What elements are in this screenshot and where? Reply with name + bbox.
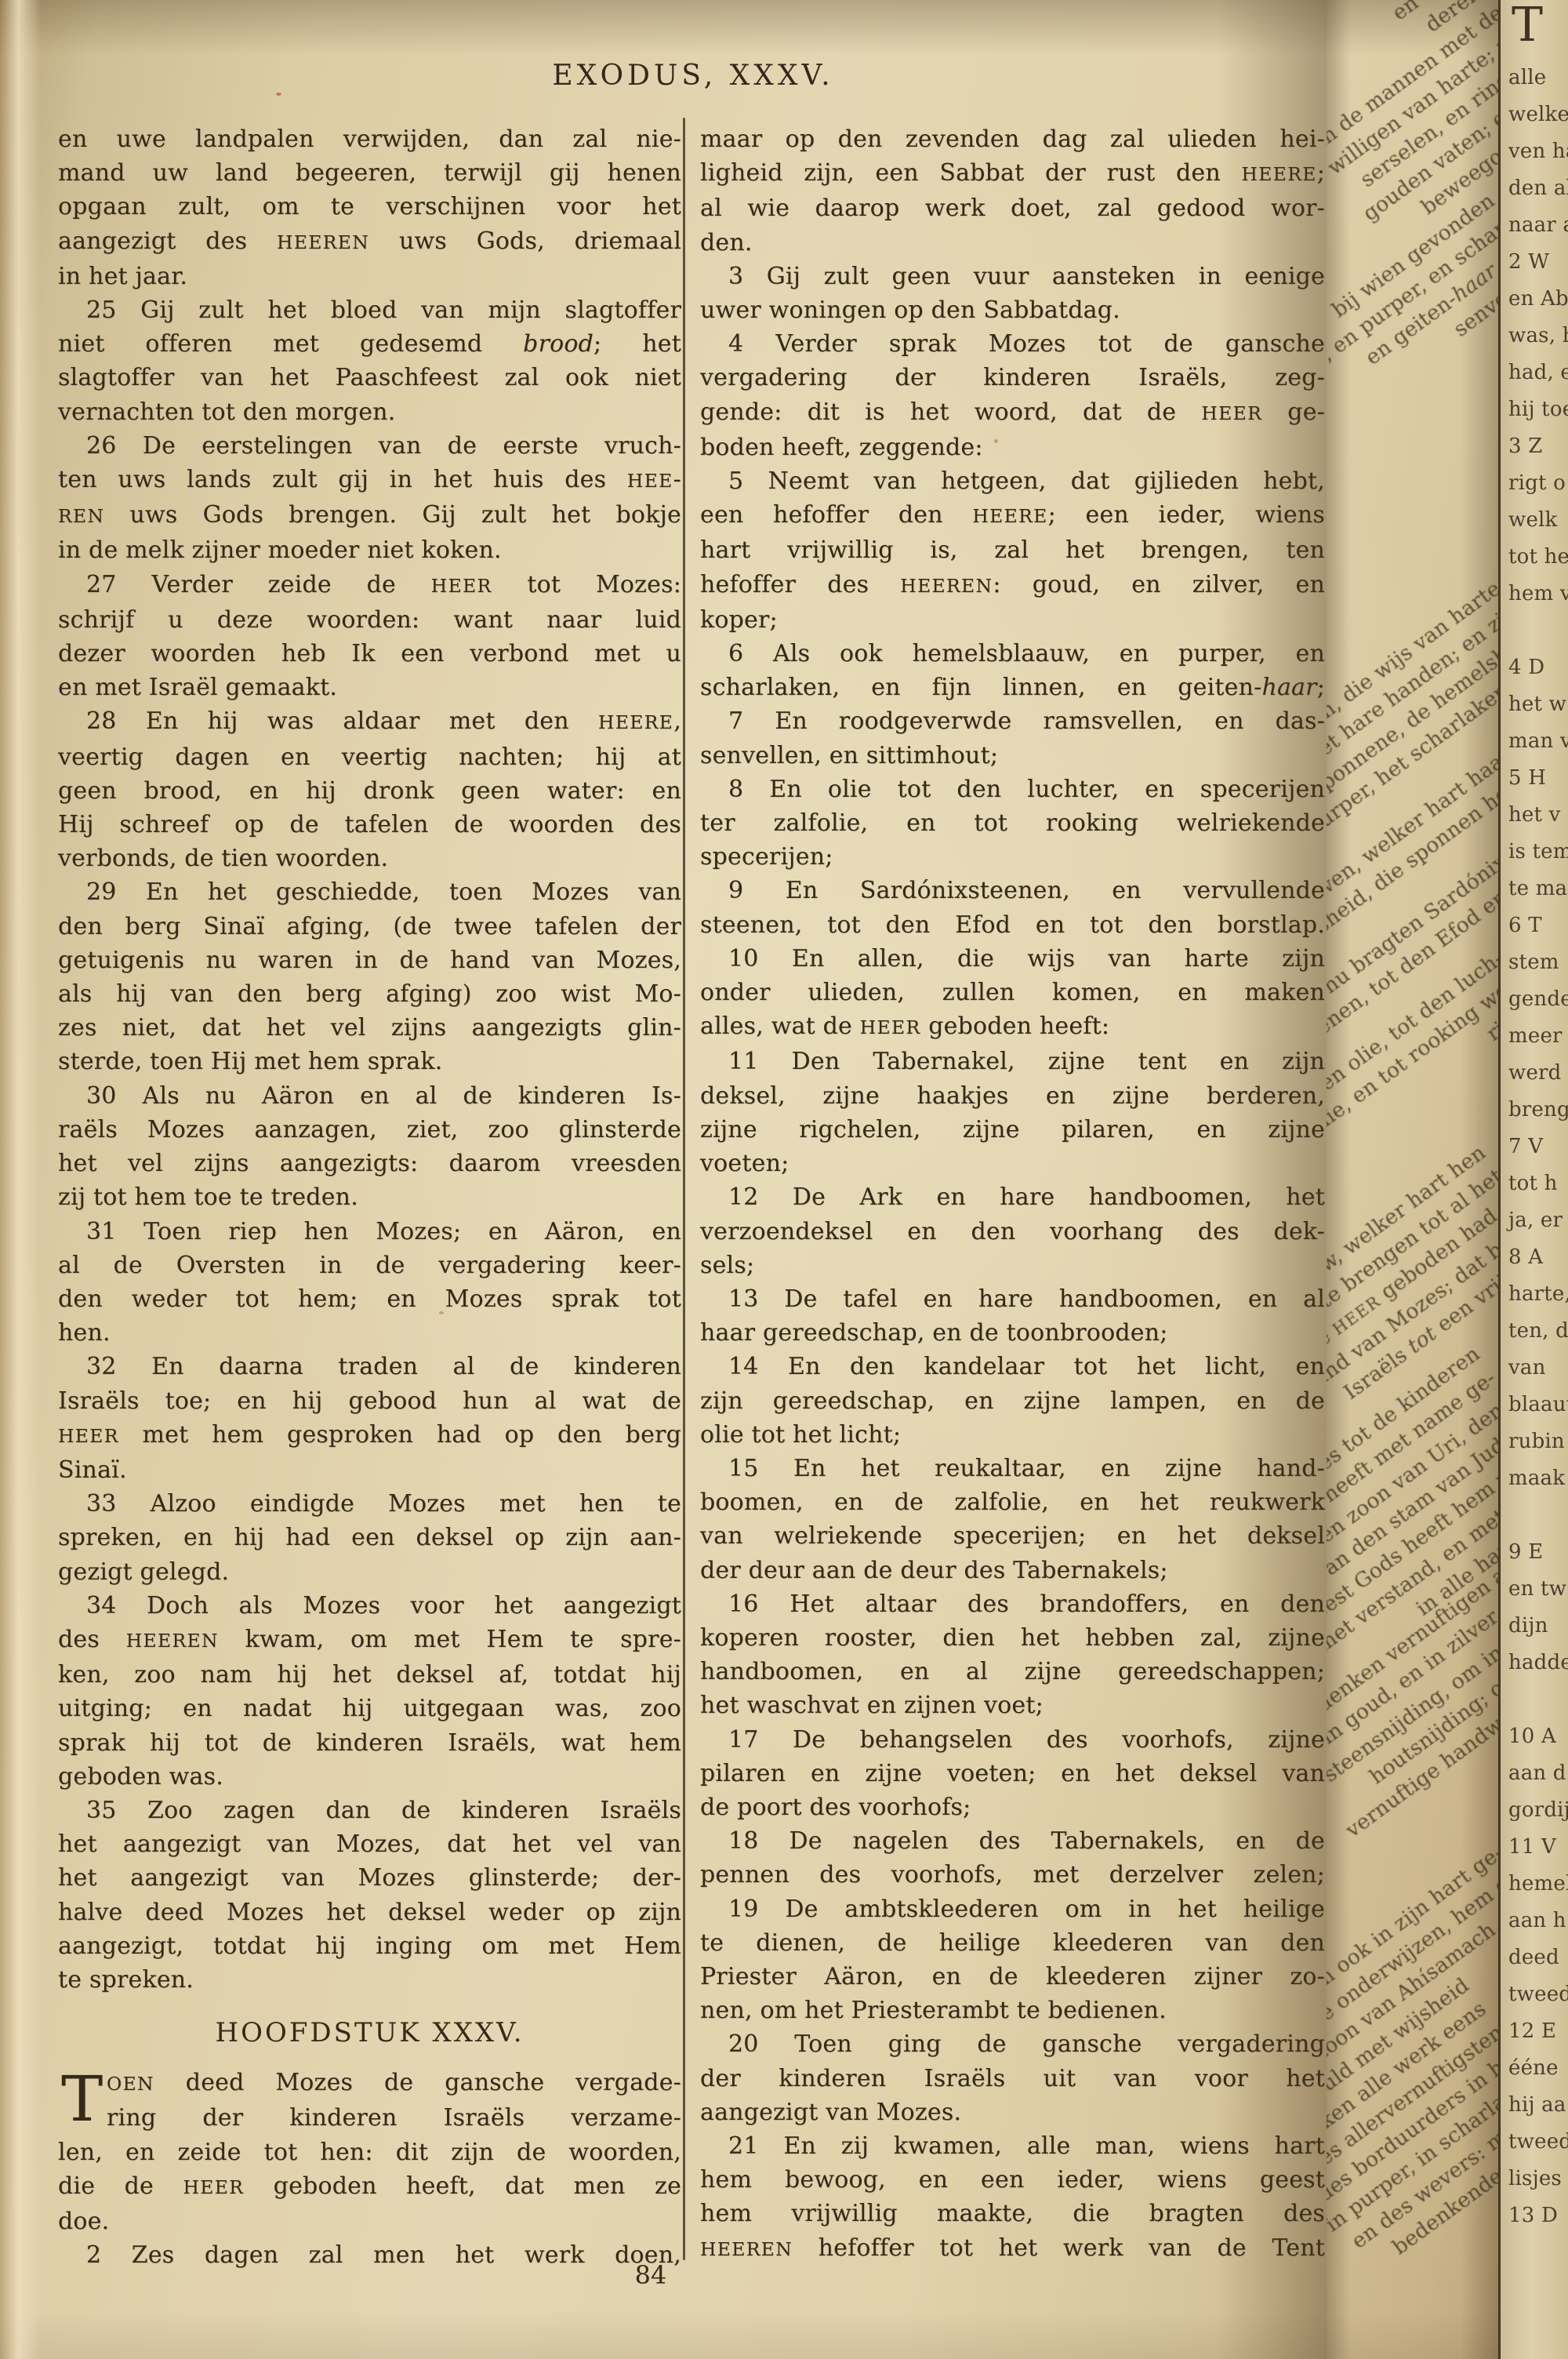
text-line: het aangezigt van Mozes, dat het vel van (58, 1827, 681, 1861)
text-line: slagtoffer van het Paaschfeest zal ook n… (58, 361, 681, 394)
text-line: zes niet, dat het vel zijns aangezigts g… (58, 1011, 681, 1045)
text-line: scharlaken, en fijn linnen, en geiten-ha… (700, 671, 1325, 704)
text-line: 4 Verder sprak Mozes tot de gansche (700, 327, 1325, 361)
text-line: deksel, zijne haakjes en zijne berderen, (700, 1079, 1325, 1113)
text-line: onder ulieden, zullen komen, en maken (700, 976, 1325, 1009)
text-line: 12 De Ark en hare handboomen, het (700, 1180, 1325, 1214)
text-line: den weder tot hem; en Mozes sprak tot (58, 1282, 681, 1316)
text-line: 32 En daarna traden al de kinderen (58, 1350, 681, 1383)
text-line: 5 Neemt van hetgeen, dat gijlieden hebt, (700, 464, 1325, 498)
text-line: Priester Aäron, en de kleederen zijner z… (700, 1960, 1325, 1994)
text-line: geen brood, en hij dronk geen water: en (58, 774, 681, 808)
text-line: opgaan zult, om te verschijnen voor het (58, 190, 681, 224)
chapter-text: OEN deed Mozes de gansche vergade-ring d… (58, 2066, 681, 2272)
text-line: der deur aan de deur des Tabernakels; (700, 1554, 1325, 1587)
text-line: 21 En zij kwamen, alle man, wiens hart (700, 2129, 1325, 2163)
text-line: welk (1508, 502, 1568, 539)
far-page-dropcap: T (1512, 2, 1543, 49)
text-line: 29 En het geschiedde, toen Mozes van (58, 875, 681, 909)
text-line: maar op den zevenden dag zal ulieden hei… (700, 122, 1325, 156)
text-line: en tw (1508, 1571, 1568, 1608)
text-line: tweed (1508, 1976, 1568, 2013)
text-line: 10 En allen, die wijs van harte zijn (700, 942, 1325, 976)
text-line: had, e (1508, 354, 1568, 391)
text-line: man v (1508, 723, 1568, 760)
text-line: gende (1508, 981, 1568, 1018)
text-line: boden heeft, zeggende: (700, 431, 1325, 464)
text-line: deed (1508, 1939, 1568, 1976)
text-line: 34 Doch als Mozes voor het aangezigt (58, 1589, 681, 1623)
text-line: den all (1508, 170, 1568, 207)
text-line: 8 En olie tot den luchter, en specerijen (700, 772, 1325, 806)
text-line: handboomen, en al zijne gereedschappen; (700, 1655, 1325, 1688)
text-line: dezer woorden heb Ik een verbond met u (58, 637, 681, 671)
text-line: nen, om het Priesterambt te bedienen. (700, 1994, 1325, 2027)
text-line: OEN deed Mozes de gansche vergade- (58, 2066, 681, 2101)
text-line: 35 Zoo zagen dan de kinderen Israëls (58, 1794, 681, 1827)
text-line: 27 Verder zeide de HEER tot Mozes: (58, 568, 681, 603)
text-line: alles, wat de HEER geboden heeft: (700, 1009, 1325, 1045)
text-line: 28 En hij was aldaar met den HEERE, (58, 704, 681, 740)
far-page-edge-text: allewelkenven haden allnaar a2 Wen Abwas… (1508, 60, 1568, 2234)
text-line: 20 Toen ging de gansche vergadering (700, 2027, 1325, 2061)
text-line: rubin (1508, 1423, 1568, 1460)
text-line: en met Israël gemaakt. (58, 671, 681, 704)
text-line: zij tot hem toe te treden. (58, 1180, 681, 1214)
text-line: in het jaar. (58, 260, 681, 293)
far-page-edge: allewelkenven haden allnaar a2 Wen Abwas… (1498, 0, 1568, 2359)
text-line: veertig dagen en veertig nachten; hij at (58, 740, 681, 774)
text-line: in de melk zijner moeder niet koken. (58, 533, 681, 567)
text-line: ten, d (1508, 1313, 1568, 1350)
text-line: hart vrijwillig is, zal het brengen, ten (700, 533, 1325, 567)
text-line: pennen des voorhofs, met derzelver zelen… (700, 1858, 1325, 1892)
text-line: harte, (1508, 1276, 1568, 1313)
text-line: aan h (1508, 1903, 1568, 1939)
text-line: verbonds, de tien woorden. (58, 841, 681, 875)
paper-speck (276, 93, 281, 96)
page-number: 84 (0, 2260, 1301, 2290)
left-column: en uwe landpalen verwijden, dan zal nie-… (58, 122, 681, 2272)
text-line: het vel zijns aangezigts: daarom vreesde… (58, 1147, 681, 1180)
text-line: het w (1508, 686, 1568, 723)
text-line (1508, 612, 1568, 649)
text-line: is tem (1508, 834, 1568, 871)
text-line: van welriekende specerijen; en het dekse… (700, 1519, 1325, 1553)
text-line: en uwe landpalen verwijden, dan zal nie- (58, 122, 681, 156)
column-divider-rule (683, 118, 685, 2260)
text-line: tweed (1508, 2124, 1568, 2161)
text-line (1508, 1497, 1568, 1534)
text-line: Sinaï. (58, 1453, 681, 1487)
text-line: het waschvat en zijnen voet; (700, 1688, 1325, 1722)
text-line: hem v (1508, 576, 1568, 612)
text-line: 13 D (1508, 2197, 1568, 2234)
text-line: aangezigt van Mozes. (700, 2095, 1325, 2129)
text-line: den. (700, 226, 1325, 260)
text-line: zijne rigchelen, zijne pilaren, en zijne (700, 1113, 1325, 1147)
text-line: 7 En roodgeverwde ramsvellen, en das- (700, 704, 1325, 738)
right-column: maar op den zevenden dag zal ulieden hei… (700, 122, 1325, 2266)
right-column-text: maar op den zevenden dag zal ulieden hei… (700, 122, 1325, 2266)
curled-next-page: en tot alderen.dan de mannen met dewilli… (1327, 0, 1498, 2359)
text-line: schrijf u deze woorden: want naar luid (58, 603, 681, 637)
book-page-photo: EXODUS, XXXV. en uwe landpalen verwijden… (0, 0, 1568, 2359)
text-line: niet offeren met gedesemd brood; het (58, 327, 681, 361)
text-line: REN uws Gods brengen. Gij zult het bokje (58, 498, 681, 533)
text-line: spreken, en hij had een deksel op zijn a… (58, 1521, 681, 1554)
text-line: sterde, toen Hij met hem sprak. (58, 1045, 681, 1078)
text-line: 7 V (1508, 1129, 1568, 1165)
text-line: ring der kinderen Israëls verzame- (58, 2101, 681, 2135)
text-line: 3 Gij zult geen vuur aansteken in eenige (700, 260, 1325, 293)
text-line: 13 De tafel en hare handboomen, en al (700, 1282, 1325, 1316)
text-line (1508, 1681, 1568, 1718)
text-line: lisjes (1508, 2161, 1568, 2197)
text-line: vernachten tot den morgen. (58, 395, 681, 429)
text-line: en Ab (1508, 281, 1568, 318)
text-line: een hefoffer den HEERE; een ieder, wiens (700, 498, 1325, 533)
text-line: 9 E (1508, 1534, 1568, 1571)
text-line: haar gereedschap, en de toonbrooden; (700, 1316, 1325, 1350)
text-line: uwer woningen op den Sabbatdag. (700, 293, 1325, 327)
text-line: uitging; en nadat hij uitgegaan was, zoo (58, 1692, 681, 1725)
text-line: 30 Als nu Aäron en al de kinderen Is- (58, 1079, 681, 1113)
text-line: Hij schreef op de tafelen de woorden des (58, 808, 681, 841)
text-line: te spreken. (58, 1963, 681, 1997)
text-line: 5 H (1508, 760, 1568, 797)
text-line: 4 D (1508, 649, 1568, 686)
text-line: gordij (1508, 1792, 1568, 1829)
text-line: was, h (1508, 318, 1568, 354)
text-line: aangezigt des HEEREN uws Gods, driemaal (58, 224, 681, 260)
text-line: gezigt gelegd. (58, 1555, 681, 1589)
text-line: koper; (700, 603, 1325, 637)
text-line: hem bewoog, en een ieder, wiens geest (700, 2163, 1325, 2197)
text-line: der kinderen Israëls uit van voor het (700, 2062, 1325, 2095)
text-line: de poort des voorhofs; (700, 1790, 1325, 1824)
text-line: ééne (1508, 2050, 1568, 2087)
text-line: 16 Het altaar des brandoffers, en den (700, 1587, 1325, 1621)
text-line: alle (1508, 60, 1568, 96)
text-line: 26 De eerstelingen van de eerste vruch- (58, 429, 681, 463)
text-line: al wie daarop werk doet, zal gedood wor- (700, 191, 1325, 225)
text-line: als hij van den berg afging) zoo wist Mo… (58, 977, 681, 1011)
text-line: 6 T (1508, 907, 1568, 944)
text-line: verzoendeksel en den voorhang des dek- (700, 1215, 1325, 1249)
text-line: 11 V (1508, 1829, 1568, 1866)
chapter-dropcap: T (61, 2070, 103, 2128)
text-line: pilaren en zijne voeten; en het deksel v… (700, 1757, 1325, 1790)
text-line: HEER met hem gesproken had op den berg (58, 1418, 681, 1453)
text-line: boomen, en de zalfolie, en het reukwerk (700, 1485, 1325, 1519)
text-line: 11 Den Tabernakel, zijne tent en zijn (700, 1045, 1325, 1078)
text-line: 18 De nagelen des Tabernakels, en de (700, 1824, 1325, 1858)
text-line: te dienen, de heilige kleederen van den (700, 1926, 1325, 1960)
text-line: vergadering der kinderen Israëls, zeg- (700, 361, 1325, 394)
text-line: getuigenis nu waren in de hand van Mozes… (58, 943, 681, 977)
text-line: 10 A (1508, 1718, 1568, 1755)
text-line: dijn (1508, 1608, 1568, 1645)
text-line: 12 E (1508, 2013, 1568, 2050)
text-line: 6 Als ook hemelsblaauw, en purper, en (700, 637, 1325, 671)
text-line: len, en zeide tot hen: dit zijn de woord… (58, 2135, 681, 2169)
text-line: zijn gereedschap, en zijne lampen, en de (700, 1384, 1325, 1418)
text-line: gende: dit is het woord, dat de HEER ge- (700, 395, 1325, 431)
text-line: 14 En den kandelaar tot het licht, en (700, 1350, 1325, 1383)
text-line: 31 Toen riep hen Mozes; en Aäron, en (58, 1215, 681, 1249)
text-line: het aangezigt van Mozes glinsterde; der- (58, 1861, 681, 1895)
chapter-heading: HOOFDSTUK XXXV. (58, 2016, 681, 2050)
text-line: senvellen, en sittimhout; (700, 739, 1325, 772)
text-line: 15 En het reukaltaar, en zijne hand- (700, 1452, 1325, 1485)
text-line: naar a (1508, 207, 1568, 244)
text-line: aan d (1508, 1755, 1568, 1792)
text-line: ken, zoo nam hij het deksel af, totdat h… (58, 1658, 681, 1692)
text-line: ten uws lands zult gij in het huis des H… (58, 463, 681, 498)
text-line: des HEEREN kwam, om met Hem te spre- (58, 1623, 681, 1658)
text-line: 9 En Sardónixsteenen, en vervullende (700, 874, 1325, 907)
text-line: hem vrijwillig maakte, die bragten des (700, 2197, 1325, 2230)
text-line: hij toe (1508, 391, 1568, 428)
text-line: stem (1508, 944, 1568, 981)
text-line: 3 Z (1508, 428, 1568, 465)
left-page-fore-edge (0, 0, 41, 2359)
text-line: al de Oversten in de vergadering keer- (58, 1249, 681, 1282)
text-line: sprak hij tot de kinderen Israëls, wat h… (58, 1726, 681, 1760)
text-line: geboden was. (58, 1760, 681, 1794)
text-line: hij aa (1508, 2087, 1568, 2124)
text-line: Israëls toe; en hij gebood hun al wat de (58, 1384, 681, 1418)
text-line: 19 De ambtskleederen om in het heilige (700, 1892, 1325, 1926)
text-line: doe. (58, 2205, 681, 2238)
text-line: ter zalfolie, en tot rooking welriekende (700, 806, 1325, 840)
text-line: raëls Mozes aanzagen, ziet, zoo glinster… (58, 1113, 681, 1147)
text-line: van (1508, 1350, 1568, 1387)
text-line: ja, er (1508, 1202, 1568, 1239)
text-line: 33 Alzoo eindigde Mozes met hen te (58, 1487, 681, 1521)
text-line: breng (1508, 1092, 1568, 1129)
left-column-text: en uwe landpalen verwijden, dan zal nie-… (58, 122, 681, 1997)
text-line: het v (1508, 797, 1568, 834)
text-line: olie tot het licht; (700, 1418, 1325, 1452)
text-line: aangezigt, totdat hij inging om met Hem (58, 1929, 681, 1963)
text-line: ven ha (1508, 133, 1568, 170)
text-line: specerijen; (700, 840, 1325, 874)
text-line: hen. (58, 1316, 681, 1350)
text-line: hefoffer des HEEREN: goud, en zilver, en (700, 568, 1325, 603)
text-line: voeten; (700, 1147, 1325, 1180)
chapter-opening-paragraph: T OEN deed Mozes de gansche vergade-ring… (58, 2066, 681, 2272)
text-line: welken (1508, 96, 1568, 133)
text-line: 8 A (1508, 1239, 1568, 1276)
text-line: maak (1508, 1460, 1568, 1497)
text-line: tot h (1508, 1165, 1568, 1202)
text-line: te ma (1508, 871, 1568, 907)
text-line: ligheid zijn, een Sabbat der rust den HE… (700, 156, 1325, 191)
running-head: EXODUS, XXXV. (58, 60, 1328, 92)
text-line: hadde (1508, 1645, 1568, 1681)
text-line: rigt o (1508, 465, 1568, 502)
text-line: steenen, tot den Efod en tot den borstla… (700, 908, 1325, 942)
text-line: koperen rooster, dien het hebben zal, zi… (700, 1621, 1325, 1655)
text-line: den berg Sinaï afging, (de twee tafelen … (58, 910, 681, 943)
text-line: tot he (1508, 539, 1568, 576)
text-line: meer (1508, 1018, 1568, 1055)
text-line: 17 De behangselen des voorhofs, zijne (700, 1723, 1325, 1757)
text-line: 2 W (1508, 244, 1568, 281)
text-line: blaauw (1508, 1387, 1568, 1423)
text-line: 25 Gij zult het bloed van mijn slagtoffe… (58, 293, 681, 327)
text-line: halve deed Mozes het deksel weder op zij… (58, 1896, 681, 1929)
text-line: sels; (700, 1249, 1325, 1282)
text-line: werd (1508, 1055, 1568, 1092)
text-line: die de HEER geboden heeft, dat men ze (58, 2169, 681, 2205)
text-line: hemel (1508, 1866, 1568, 1903)
text-line: mand uw land begeeren, terwijl gij henen (58, 156, 681, 190)
